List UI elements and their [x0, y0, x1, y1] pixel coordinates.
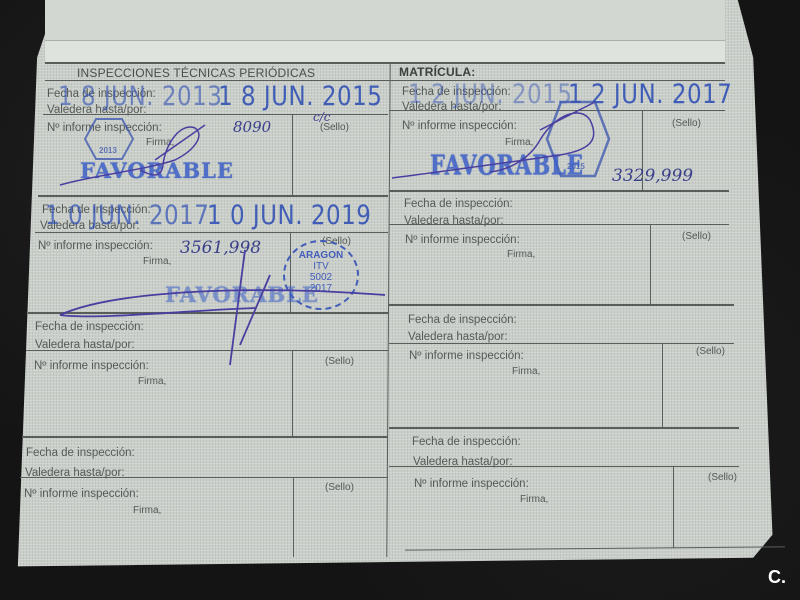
- fecha-label: Fecha de inspección:: [412, 436, 521, 448]
- firma-label: Firma,: [507, 249, 535, 260]
- valid-until-stamp: 1 0 JUN. 2019: [207, 201, 371, 231]
- grid-line: [389, 343, 734, 344]
- grid-line: [389, 190, 729, 192]
- watermark-letter: C.: [768, 567, 786, 588]
- informe-label: Nº informe inspección:: [34, 360, 149, 372]
- inspection-date-stamp: 1 0 JUN. 2017: [45, 201, 209, 231]
- grid-line: [662, 343, 663, 427]
- informe-label: Nº informe inspección:: [414, 478, 529, 490]
- fecha-label: Fecha de inspección:: [35, 321, 144, 333]
- handwritten-report-number: 8090: [233, 118, 271, 136]
- handwritten-report-number: 3329,999: [612, 166, 693, 186]
- informe-label: Nº informe inspección:: [24, 488, 139, 500]
- card-title: INSPECCIONES TÉCNICAS PERIÓDICAS: [77, 66, 315, 80]
- grid-line: [22, 436, 388, 438]
- firma-label: Firma,: [138, 376, 166, 387]
- grid-line: [38, 195, 388, 197]
- valedera-label: Valedera hasta/por:: [35, 339, 135, 351]
- sello-label: (Sello): [325, 356, 354, 367]
- grid-line: [292, 114, 293, 195]
- grid-line: [389, 427, 739, 429]
- inspection-date-stamp: 1 8 JUN. 2013: [58, 82, 222, 112]
- firma-label: Firma,: [520, 494, 548, 505]
- grid-line: [389, 304, 734, 306]
- sello-label: (Sello): [325, 482, 354, 493]
- valid-until-stamp: 1 8 JUN. 2015: [218, 82, 382, 112]
- sello-label: (Sello): [682, 231, 711, 242]
- plate-label: MATRÍCULA:: [399, 65, 475, 79]
- grid-line: [35, 232, 388, 233]
- fecha-label: Fecha de inspección:: [404, 198, 513, 210]
- card-top-fold: [45, 0, 725, 40]
- grid-line: [650, 224, 651, 304]
- sello-label: (Sello): [696, 346, 725, 357]
- informe-label: Nº informe inspección:: [405, 234, 520, 246]
- valedera-label: Valedera hasta/por:: [413, 456, 513, 468]
- card-fold-strip: [45, 40, 725, 63]
- grid-line: [45, 62, 725, 64]
- valedera-label: Valedera hasta/por:: [25, 467, 125, 479]
- grid-line: [293, 477, 294, 557]
- signature-icon: [390, 100, 610, 185]
- sello-label: (Sello): [708, 472, 737, 483]
- fecha-label: Fecha de inspección:: [26, 447, 135, 459]
- firma-label: Firma,: [133, 505, 161, 516]
- sello-label: (Sello): [672, 118, 701, 129]
- signature-icon: [55, 120, 225, 190]
- handwritten-note: c/c: [313, 110, 330, 124]
- fecha-label: Fecha de inspección:: [408, 314, 517, 326]
- valedera-label: Valedera hasta/por:: [408, 331, 508, 343]
- informe-label: Nº informe inspección:: [409, 350, 524, 362]
- valedera-label: Valedera hasta/por:: [404, 215, 504, 227]
- grid-line: [673, 466, 674, 548]
- firma-label: Firma,: [512, 366, 540, 377]
